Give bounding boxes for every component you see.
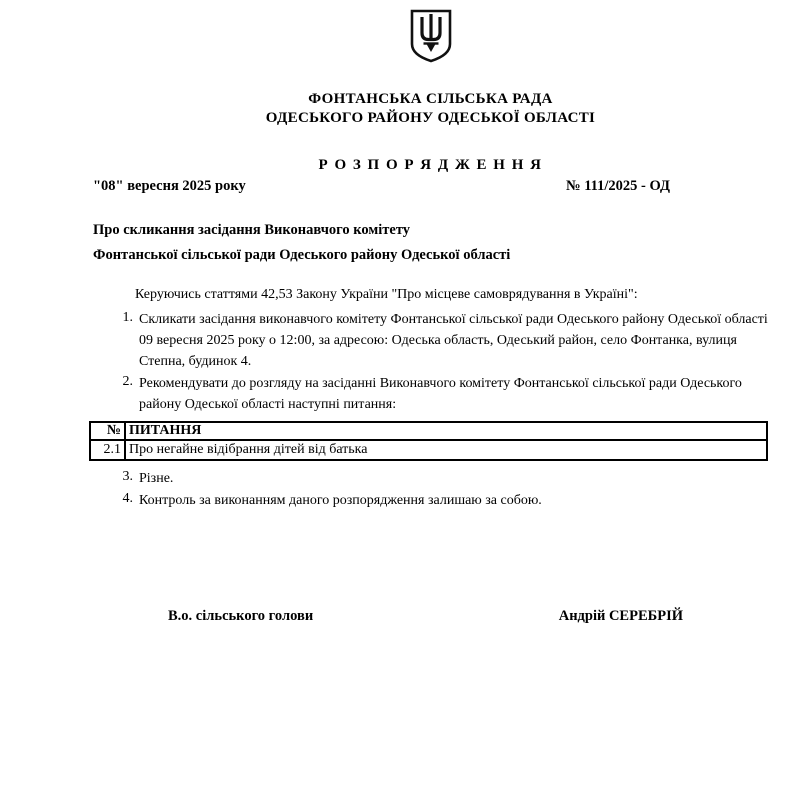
document-content: ФОНТАНСЬКА СІЛЬСЬКА РАДА ОДЕСЬКОГО РАЙОН… — [93, 0, 768, 626]
list-item-1-text: Скликати засідання виконавчого комітету … — [133, 309, 768, 372]
list-item-3-number: 3. — [115, 466, 133, 487]
list-item-3-text: Різне. — [133, 468, 768, 489]
emblem-container — [93, 8, 768, 64]
questions-table: № ПИТАННЯ 2.1 Про негайне відібрання діт… — [89, 421, 768, 461]
org-name-line1: ФОНТАНСЬКА СІЛЬСЬКА РАДА — [93, 90, 768, 109]
list-item-3: 3. Різне. — [93, 468, 768, 489]
list-item-4-text: Контроль за виконанням даного розпорядже… — [133, 490, 768, 511]
org-name-line2: ОДЕСЬКОГО РАЙОНУ ОДЕСЬКОЇ ОБЛАСТІ — [93, 109, 768, 128]
table-header-question: ПИТАННЯ — [125, 422, 767, 440]
signer-name: Андрій СЕРЕБРІЙ — [559, 607, 683, 626]
signer-position: В.о. сільського голови — [168, 607, 313, 626]
list-item-2: 2. Рекомендувати до розгляду на засіданн… — [93, 373, 768, 415]
document-page: ФОНТАНСЬКА СІЛЬСЬКА РАДА ОДЕСЬКОГО РАЙОН… — [0, 0, 788, 807]
list-item-2-text: Рекомендувати до розгляду на засіданні В… — [133, 373, 768, 415]
ukraine-trident-icon — [409, 8, 453, 64]
table-cell-number: 2.1 — [90, 440, 125, 460]
list-item-4: 4. Контроль за виконанням даного розпоря… — [93, 490, 768, 511]
document-number: № 111/2025 - ОД — [566, 177, 768, 196]
intro-paragraph: Керуючись статтями 42,53 Закону України … — [93, 284, 768, 305]
document-type-title: Р О З П О Р Я Д Ж Е Н Н Я — [93, 156, 768, 175]
date-number-row: "08" вересня 2025 року № 111/2025 - ОД — [93, 177, 768, 196]
subject-line2: Фонтанської сільської ради Одеського рай… — [93, 243, 768, 268]
document-subject: Про скликання засідання Виконавчого комі… — [93, 218, 768, 268]
subject-line1: Про скликання засідання Виконавчого комі… — [93, 218, 768, 243]
table-header-number: № — [90, 422, 125, 440]
questions-table-header-row: № ПИТАННЯ — [90, 422, 767, 440]
document-date: "08" вересня 2025 року — [93, 177, 246, 196]
organization-name: ФОНТАНСЬКА СІЛЬСЬКА РАДА ОДЕСЬКОГО РАЙОН… — [93, 90, 768, 128]
table-cell-question: Про негайне відібрання дітей від батька — [125, 440, 767, 460]
signature-row: В.о. сільського голови Андрій СЕРЕБРІЙ — [93, 607, 768, 626]
table-row: 2.1 Про негайне відібрання дітей від бат… — [90, 440, 767, 460]
list-item-1: 1. Скликати засідання виконавчого коміте… — [93, 309, 768, 372]
list-item-2-number: 2. — [115, 371, 133, 413]
list-item-1-number: 1. — [115, 307, 133, 370]
list-item-4-number: 4. — [115, 488, 133, 509]
